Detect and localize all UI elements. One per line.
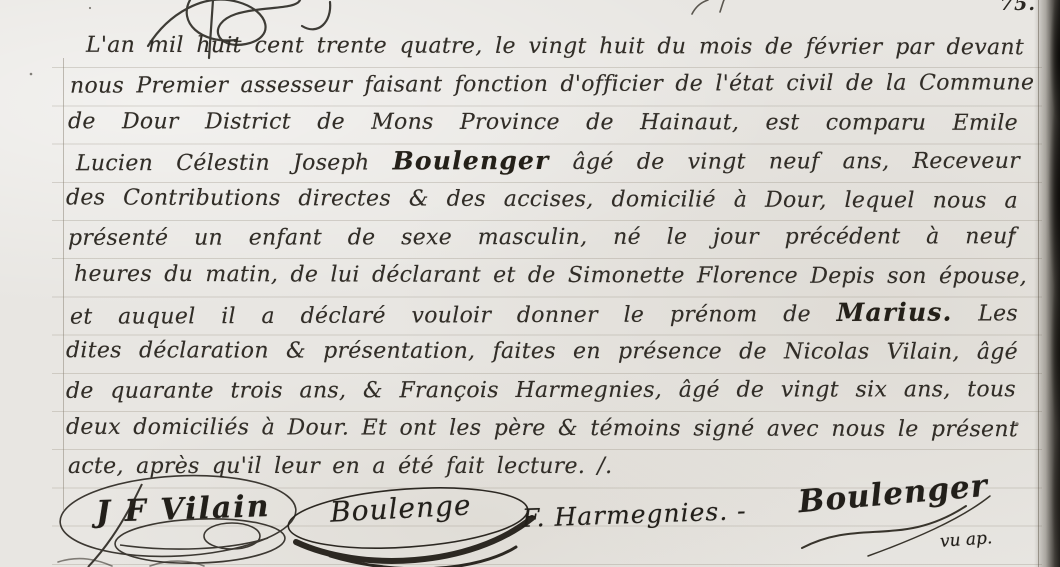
act-line-1-text: L'an mil huit cent trente quatre, le vin…: [86, 33, 1024, 60]
act-line-9: dites déclaration & présentation, faites…: [66, 332, 1018, 372]
act-line-8: et auquel il a déclaré vouloir donner le…: [70, 293, 1018, 334]
page-number: 75.: [1000, 0, 1036, 15]
act-line-4: Lucien Célestin Joseph Boulenger âgé de …: [76, 141, 1020, 181]
act-line-2: nous Premier assesseur faisant fonction …: [70, 64, 1022, 105]
act-line-4-post: âgé de vingt neuf ans, Receveur: [549, 149, 1020, 175]
officer-visa-note: vu ap.: [939, 528, 993, 552]
act-line-10: de quarante trois ans, & François Harmeg…: [66, 371, 1016, 411]
act-line-6: présenté un enfant de sexe masculin, né …: [68, 218, 1016, 258]
act-line-12-text: acte, après qu'il leur en a été fait lec…: [68, 454, 612, 479]
father-surname: Boulenger: [393, 146, 550, 175]
act-line-2-text: nous Premier assesseur faisant fonction …: [70, 70, 1034, 98]
act-line-3: de Dour District de Mons Province de Hai…: [68, 103, 1018, 143]
act-line-4-pre: Lucien Célestin Joseph: [76, 150, 393, 176]
act-line-5-text: des Contributions directes & des accises…: [66, 185, 1018, 213]
act-line-7-text: heures du matin, de lui déclarant et de …: [74, 262, 1027, 289]
act-line-5: des Contributions directes & des accises…: [66, 179, 1018, 220]
act-line-8-pre: et auquel il a déclaré vouloir donner le…: [70, 302, 837, 330]
top-small-strokes: [692, 0, 724, 14]
act-line-7: heures du matin, de lui déclarant et de …: [74, 256, 1020, 296]
act-line-11: deux domiciliés à Dour. Et ont les père …: [66, 409, 1018, 449]
act-line-8-post: Les: [952, 301, 1018, 326]
child-given-name: Marius.: [837, 298, 953, 327]
act-line-1: L'an mil huit cent trente quatre, le vin…: [86, 27, 1024, 67]
right-margin-rule: [1038, 0, 1039, 567]
act-line-12: acte, après qu'il leur en a été fait lec…: [68, 448, 612, 486]
act-line-11-text: deux domiciliés à Dour. Et ont les père …: [66, 415, 1018, 442]
act-line-6-text: présenté un enfant de sexe masculin, né …: [68, 224, 1016, 251]
left-margin-rule: [63, 58, 64, 510]
act-line-10-text: de quarante trois ans, & François Harmeg…: [66, 377, 1016, 404]
manuscript-page: 75. L'an mil huit cent trente quatre, le…: [0, 0, 1060, 567]
signature-vilain: J F Vilain: [95, 489, 271, 530]
act-line-9-text: dites déclaration & présentation, faites…: [66, 338, 1018, 365]
act-line-3-text: de Dour District de Mons Province de Hai…: [68, 109, 1018, 136]
